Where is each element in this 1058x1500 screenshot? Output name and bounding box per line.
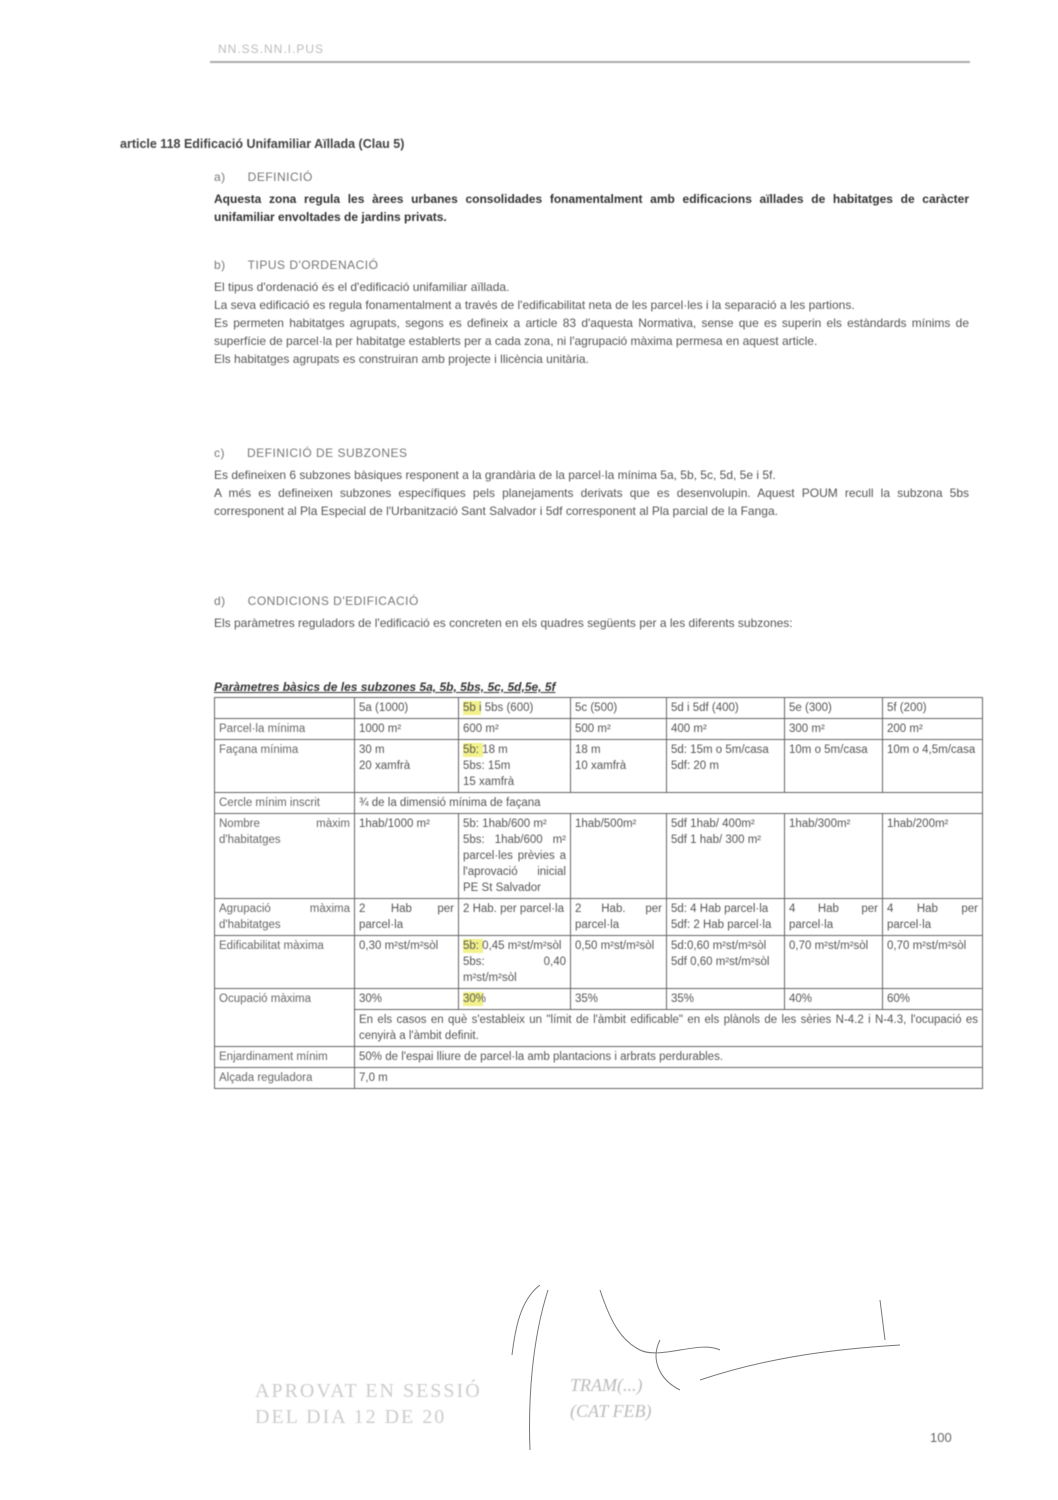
row-value: 0,30 m²st/m²sòl [355, 936, 459, 989]
stamp-line: DEL DIA 12 DE 20 [255, 1404, 482, 1430]
row-value: 2 Hab. per parcel·la [571, 899, 667, 936]
row-value: 10m o 5m/casa [785, 740, 883, 793]
row-value: 5b: 0,45 m²st/m²sòl5bs: 0,40 m²st/m²sòl [459, 936, 571, 989]
table-caption: Paràmetres bàsics de les subzones 5a, 5b… [214, 680, 556, 694]
section-paragraph: Els paràmetres reguladors de l'edificaci… [214, 614, 969, 632]
section-letter: d) [214, 592, 226, 610]
row-value: 60% [883, 989, 983, 1010]
section-letter: b) [214, 256, 226, 274]
section-title: CONDICIONS D'EDIFICACIÓ [248, 592, 419, 610]
section-paragraph: La seva edificació es regula fonamentalm… [214, 296, 969, 314]
row-value: 400 m² [667, 719, 785, 740]
row-value: 5d: 4 Hab parcel·la5df: 2 Hab parcel·la [667, 899, 785, 936]
table-row: Parcel·la mínima1000 m²600 m²500 m²400 m… [215, 719, 983, 740]
table-header-cell: 5e (300) [785, 698, 883, 719]
row-label: Nombre màxim d'habitatges [215, 814, 355, 899]
approval-stamp: APROVAT EN SESSIÓ DEL DIA 12 DE 20 [255, 1378, 482, 1430]
row-value: 30% [459, 989, 571, 1010]
section-a: a)DEFINICIÓ Aquesta zona regula les àree… [214, 168, 969, 226]
section-c: c)DEFINICIÓ DE SUBZONES Es defineixen 6 … [214, 444, 969, 520]
row-value: 1hab/200m² [883, 814, 983, 899]
section-letter: a) [214, 168, 226, 186]
table-header-cell [215, 698, 355, 719]
section-paragraph: El tipus d'ordenació és el d'edificació … [214, 278, 969, 296]
table-header-cell: 5a (1000) [355, 698, 459, 719]
row-value: 1hab/300m² [785, 814, 883, 899]
row-value: 5d: 15m o 5m/casa5df: 20 m [667, 740, 785, 793]
handwritten-line: (CAT FEB) [570, 1398, 652, 1424]
table-header-cell: 5b i 5bs (600) [459, 698, 571, 719]
table-row: Ocupació màxima30%30%35%35%40%60% [215, 989, 983, 1010]
stamp-line: APROVAT EN SESSIÓ [255, 1378, 482, 1404]
row-value-span: 7,0 m [355, 1068, 983, 1089]
row-value: 18 m10 xamfrà [571, 740, 667, 793]
row-value: 600 m² [459, 719, 571, 740]
row-value: 0,70 m²st/m²sòl [883, 936, 983, 989]
row-label: Agrupació màxima d'habitatges [215, 899, 355, 936]
row-value: 10m o 4,5m/casa [883, 740, 983, 793]
section-letter: c) [214, 444, 225, 462]
section-title: TIPUS D'ORDENACIÓ [248, 256, 379, 274]
row-value: 30 m20 xamfrà [355, 740, 459, 793]
section-paragraph: A més es defineixen subzones específique… [214, 484, 969, 520]
row-value: 0,50 m²st/m²sòl [571, 936, 667, 989]
section-paragraph: Aquesta zona regula les àrees urbanes co… [214, 190, 969, 226]
table-row: Façana mínima30 m20 xamfrà5b: 18 m5bs: 1… [215, 740, 983, 793]
row-value: 4 Hab per parcel·la [785, 899, 883, 936]
header-rule [210, 61, 970, 63]
row-value: 5b: 18 m5bs: 15m15 xamfrà [459, 740, 571, 793]
handwritten-line: TRAM(...) [570, 1372, 652, 1398]
row-label: Façana mínima [215, 740, 355, 793]
subzone-parameters-table: 5a (1000)5b i 5bs (600)5c (500)5d i 5df … [214, 697, 983, 1089]
table-header-cell: 5c (500) [571, 698, 667, 719]
row-value: 5df 1hab/ 400m²5df 1 hab/ 300 m² [667, 814, 785, 899]
handwritten-note: TRAM(...) (CAT FEB) [570, 1372, 652, 1424]
article-title: article 118 Edificació Unifamiliar Aïlla… [120, 137, 404, 151]
row-value: 1hab/500m² [571, 814, 667, 899]
section-paragraph: Es permeten habitatges agrupats, segons … [214, 314, 969, 350]
row-value-span: 50% de l'espai lliure de parcel·la amb p… [355, 1047, 983, 1068]
row-value: 5b: 1hab/600 m²5bs: 1hab/600 m² parcel·l… [459, 814, 571, 899]
section-b: b)TIPUS D'ORDENACIÓ El tipus d'ordenació… [214, 256, 969, 368]
row-value: 500 m² [571, 719, 667, 740]
row-label: Parcel·la mínima [215, 719, 355, 740]
row-value: 5d:0,60 m²st/m²sòl5df 0,60 m²st/m²sòl [667, 936, 785, 989]
table-row: Edificabilitat màxima0,30 m²st/m²sòl5b: … [215, 936, 983, 989]
row-value: 2 Hab. per parcel·la [459, 899, 571, 936]
row-note: En els casos en què s'estableix un "lími… [355, 1010, 983, 1047]
table-header-cell: 5d i 5df (400) [667, 698, 785, 719]
section-title: DEFINICIÓ [248, 168, 313, 186]
row-label: Edificabilitat màxima [215, 936, 355, 989]
table-row: Cercle mínim inscrit¾ de la dimensió mín… [215, 793, 983, 814]
section-paragraph: Els habitatges agrupats es construiran a… [214, 350, 969, 368]
row-value: 300 m² [785, 719, 883, 740]
row-label: Alçada reguladora [215, 1068, 355, 1089]
table-row: Alçada reguladora7,0 m [215, 1068, 983, 1089]
row-label: Enjardinament mínim [215, 1047, 355, 1068]
row-value-span: ¾ de la dimensió mínima de façana [355, 793, 983, 814]
row-value: 4 Hab per parcel·la [883, 899, 983, 936]
row-value: 40% [785, 989, 883, 1010]
row-value: 35% [571, 989, 667, 1010]
row-label: Cercle mínim inscrit [215, 793, 355, 814]
row-value: 0,70 m²st/m²sòl [785, 936, 883, 989]
table-row: Agrupació màxima d'habitatges2 Hab per p… [215, 899, 983, 936]
row-value: 1hab/1000 m² [355, 814, 459, 899]
section-paragraph: Es defineixen 6 subzones bàsiques respon… [214, 466, 969, 484]
table-header-row: 5a (1000)5b i 5bs (600)5c (500)5d i 5df … [215, 698, 983, 719]
table-row: Enjardinament mínim50% de l'espai lliure… [215, 1047, 983, 1068]
row-value: 35% [667, 989, 785, 1010]
table-row: Nombre màxim d'habitatges1hab/1000 m²5b:… [215, 814, 983, 899]
section-d: d)CONDICIONS D'EDIFICACIÓ Els paràmetres… [214, 592, 969, 632]
row-value: 200 m² [883, 719, 983, 740]
table-header-cell: 5f (200) [883, 698, 983, 719]
section-title: DEFINICIÓ DE SUBZONES [247, 444, 408, 462]
row-value: 30% [355, 989, 459, 1010]
row-value: 1000 m² [355, 719, 459, 740]
page-number: 100 [930, 1430, 952, 1445]
row-value: 2 Hab per parcel·la [355, 899, 459, 936]
running-header: NN.SS.NN.I.PUS [218, 42, 324, 56]
row-label: Ocupació màxima [215, 989, 355, 1047]
